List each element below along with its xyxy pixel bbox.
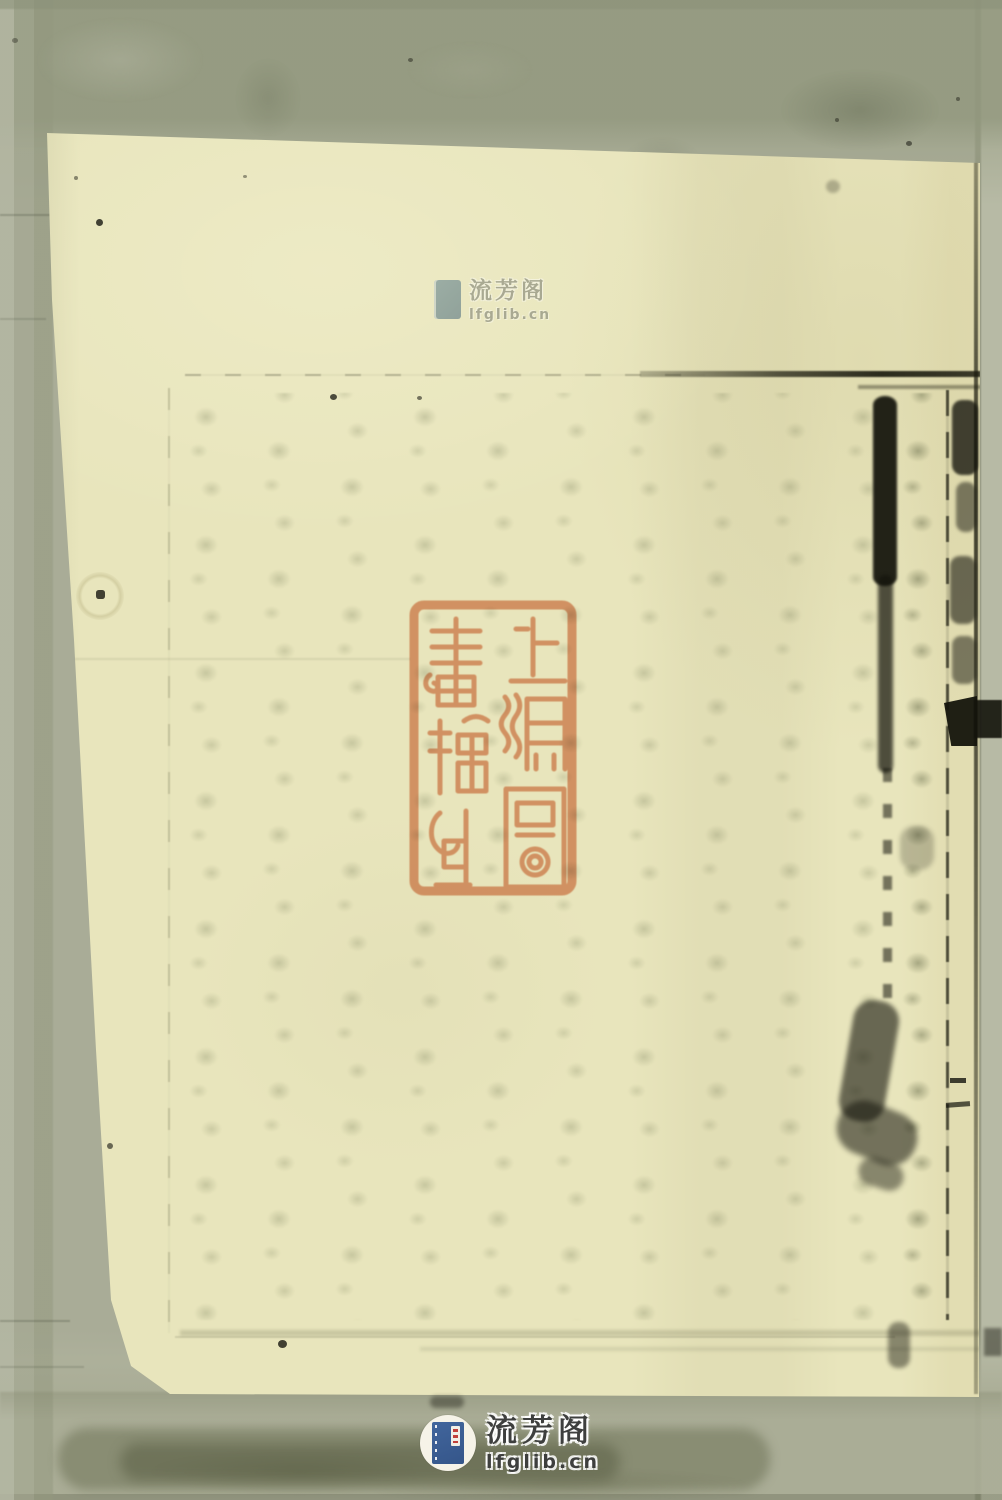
- speck: [74, 176, 78, 180]
- ink-blob: [956, 482, 976, 532]
- speck: [107, 1143, 113, 1149]
- watermark-bottom: 流芳阁 lfglib.cn: [420, 1415, 600, 1473]
- speck: [408, 58, 413, 62]
- speck: [906, 141, 912, 146]
- backdrop-crease: [0, 318, 46, 320]
- speck: [278, 1340, 287, 1348]
- text-column: [767, 393, 813, 1320]
- book-icon: [432, 1422, 464, 1464]
- watermark-brand-text: 流芳阁: [486, 1415, 600, 1448]
- ink-smudge: [888, 1322, 910, 1368]
- watermark-circle: [420, 1415, 476, 1471]
- speck: [96, 219, 103, 226]
- frame-line-inner-right: [946, 390, 949, 1320]
- text-column: [183, 393, 229, 1320]
- paper-sheet: 上海圖書館印: [0, 0, 1002, 1500]
- watermark-domain-text: lfglib.cn: [469, 307, 551, 323]
- ink-blob: [952, 400, 978, 475]
- speck: [88, 1307, 95, 1313]
- text-column: [694, 393, 740, 1320]
- paper-crease: [175, 1336, 895, 1338]
- book-stitch-decor: [435, 1425, 437, 1461]
- ink-smudge: [873, 396, 897, 586]
- speck: [835, 118, 839, 122]
- ink-blob: [952, 636, 976, 684]
- frame-line-left: [168, 388, 170, 1333]
- backdrop-crease: [0, 1320, 70, 1322]
- frame-line-top-secondary: [858, 385, 1002, 389]
- ink-blob: [950, 556, 976, 624]
- ink-smear: [900, 826, 934, 870]
- watermark-domain-text: lfglib.cn: [486, 1451, 600, 1473]
- paper-crease: [60, 658, 410, 660]
- ink-blot-edge: [974, 700, 1002, 738]
- book-label-marks: [453, 1429, 458, 1443]
- ink-dashes: [883, 768, 892, 1010]
- backdrop-crease: [0, 1366, 84, 1368]
- page-edge-line: [974, 160, 978, 1394]
- backdrop-crease: [0, 214, 50, 216]
- ink-smudge: [984, 1328, 1002, 1356]
- ink-smudge: [430, 1396, 464, 1408]
- text-column: [256, 393, 302, 1320]
- library-seal: [406, 597, 581, 900]
- ink-tick: [950, 1078, 966, 1083]
- speck: [67, 1352, 72, 1357]
- smudge: [826, 180, 840, 193]
- speck: [12, 38, 18, 43]
- speck: [243, 175, 247, 178]
- speck: [96, 590, 105, 599]
- ink-smudge: [878, 575, 893, 773]
- watermark-top: 流芳阁 lfglib.cn: [434, 280, 551, 323]
- text-column: [621, 393, 667, 1320]
- text-column: [329, 393, 375, 1320]
- watermark-brand-text: 流芳阁: [469, 280, 551, 303]
- scanned-book-page-photo: 上海圖書館印: [0, 0, 1002, 1500]
- frame-line-bottom-secondary: [420, 1347, 1002, 1351]
- speck: [330, 394, 337, 400]
- frame-line-top-dark: [640, 371, 985, 377]
- speck: [417, 396, 422, 400]
- book-icon: [434, 280, 461, 319]
- frame-line-top: [185, 374, 705, 376]
- speck: [956, 97, 960, 101]
- book-title-label: [451, 1426, 460, 1446]
